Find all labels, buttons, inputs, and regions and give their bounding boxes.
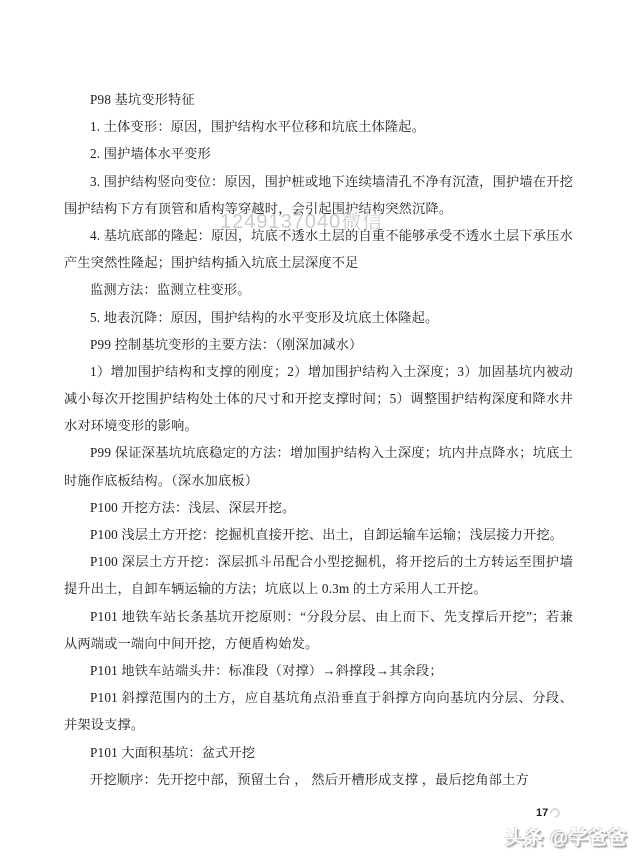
document-line: P100 开挖方法：浅层、深层开挖。 — [64, 494, 573, 521]
document-line: P99 控制基坑变形的主要方法：（刚深加减水） — [64, 331, 573, 358]
document-line: 1）增加围护结构和支撑的刚度；2）增加围护结构入土深度；3）加固基坑内被动区土体… — [64, 358, 573, 385]
page-number: 17 — [536, 807, 548, 819]
document-line: P101 地铁车站端头井：标准段（对撑）→斜撑段→其余段； — [64, 657, 573, 684]
document-line: 开挖顺序：先开挖中部，预留土台 ， 然后开槽形成支撑 ，最后挖角部土方 — [64, 766, 573, 793]
document-line: 监测方法：监测立柱变形。 — [64, 276, 573, 303]
document-line: P98 基坑变形特征 — [64, 86, 573, 113]
document-line: 水对环境变形的影响。 — [64, 412, 573, 439]
document-line: P101 地铁车站长条基坑开挖原则：“分段分层、由上而下、先支撑后开挖”；若兼作… — [64, 603, 573, 630]
document-line: 提升出土，自卸车辆运输的方法；坑底以上 0.3m 的土方采用人工开挖。 — [64, 575, 573, 602]
toutiao-author-watermark: 头条 @学爸爸 — [505, 823, 627, 850]
document-line: 2. 围护墙体水平变形 — [64, 140, 573, 167]
document-line: 5. 地表沉降：原因，围护结构的水平变形及坑底土体隆起。 — [64, 304, 573, 331]
document-line: P100 深层土方开挖：深层抓斗吊配合小型挖掘机，将开挖后的土方转运至围护墙边，… — [64, 548, 573, 575]
crescent-circle-icon — [548, 806, 562, 820]
document-line: 减小每次开挖围护结构处土体的尺寸和开挖支撑时间；5）调整围护结构深度和降水井布置… — [64, 385, 573, 412]
document-line: 3. 围护结构竖向变位：原因，围护桩或地下连续墙清孔不净有沉渣，围护墙在开挖中会… — [64, 168, 573, 195]
document-line: P99 保证深基坑坑底稳定的方法：增加围护结构入土深度；坑内井点降水；坑底土体加… — [64, 439, 573, 466]
document-line: 从两端或一端向中间开挖，方便盾构始发。 — [64, 630, 573, 657]
document-body: P98 基坑变形特征1. 土体变形：原因，围护结构水平位移和坑底土体隆起。2. … — [64, 86, 573, 793]
document-line: P101 大面积基坑：盆式开挖 — [64, 739, 573, 766]
document-line: 1. 土体变形：原因，围护结构水平位移和坑底土体隆起。 — [64, 113, 573, 140]
document-line: 产生突然性隆起；围护结构插入坑底土层深度不足 — [64, 249, 573, 276]
document-page: 1249137040微信 P98 基坑变形特征1. 土体变形：原因，围护结构水平… — [0, 0, 640, 862]
wechat-id-watermark: 1249137040微信 — [220, 205, 383, 234]
document-line: 并架设支撑。 — [64, 711, 573, 738]
document-line: P101 斜撑范围内的土方，应自基坑角点沿垂直于斜撑方向向基坑内分层、分段、限时… — [64, 684, 573, 711]
document-line: 时施作底板结构。（深水加底板） — [64, 467, 573, 494]
document-line: P100 浅层土方开挖：挖掘机直接开挖、出土，自卸运输车运输；浅层接力开挖。 — [64, 521, 573, 548]
